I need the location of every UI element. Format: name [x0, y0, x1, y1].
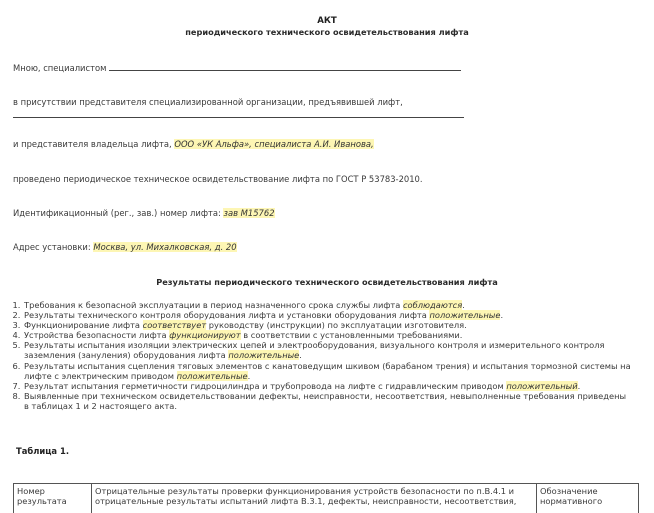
owner-rep-line: и представителя владельца лифта, ООО «УК… [13, 139, 374, 150]
presence-label: в присутствии представителя специализиро… [13, 97, 403, 107]
specialist-line: Мною, специалистом [13, 62, 461, 74]
result-item: Устройства безопасности лифта функционир… [23, 330, 633, 340]
id-number-label: Идентификационный (рег., зав.) номер лиф… [13, 208, 221, 218]
result-item: Выявленные при техническом освидетельств… [23, 391, 633, 411]
results-heading: Результаты периодического технического о… [0, 277, 654, 287]
result-value: соответствует [143, 320, 207, 330]
act-document: АКТ периодического технического освидете… [0, 0, 654, 513]
performed-text: проведено периодическое техническое осви… [13, 174, 423, 184]
document-title: АКТ [0, 16, 654, 27]
header-normative-designation: Обозначение нормативного [537, 484, 639, 513]
presence-line: в присутствии представителя специализиро… [13, 97, 403, 108]
performed-text-line: проведено периодическое техническое осви… [13, 174, 423, 185]
result-value: положительные [177, 371, 248, 381]
result-value: положительный [506, 381, 577, 391]
result-item: Результат испытания герметичности гидроц… [23, 381, 633, 391]
header-result-number: Номер результата [14, 484, 92, 513]
owner-rep-value: ООО «УК Альфа», специалиста А.И. Иванова… [174, 139, 373, 149]
table-1-label: Таблица 1. [16, 446, 69, 456]
id-number-value: зав М15762 [223, 208, 274, 218]
owner-rep-label: и представителя владельца лифта, [13, 139, 172, 149]
address-value: Москва, ул. Михалковская, д. 20 [93, 242, 236, 252]
specialist-label: Мною, специалистом [13, 63, 106, 73]
result-value: функционируют [169, 330, 240, 340]
id-number-line: Идентификационный (рег., зав.) номер лиф… [13, 208, 275, 219]
result-item: Результаты технического контроля оборудо… [23, 310, 633, 320]
result-item: Функционирование лифта соответствует рук… [23, 320, 633, 330]
result-value: соблюдаются [403, 300, 462, 310]
specialist-blank-field[interactable] [109, 62, 461, 71]
header-negative-results: Отрицательные результаты проверки функци… [92, 484, 537, 513]
result-value: положительные [228, 350, 299, 360]
result-item: Требования к безопасной эксплуатации в п… [23, 300, 633, 310]
result-item: Результаты испытания сцепления тяговых э… [23, 361, 633, 381]
document-subtitle: периодического технического освидетельст… [0, 27, 654, 38]
result-item: Результаты испытания изоляции электричес… [23, 340, 633, 360]
result-value: положительные [429, 310, 500, 320]
table-1: Номер результата Отрицательные результат… [13, 483, 639, 513]
presence-blank-field[interactable] [13, 117, 464, 118]
address-line: Адрес установки: Москва, ул. Михалковска… [13, 242, 237, 253]
table-header-row: Номер результата Отрицательные результат… [14, 484, 639, 513]
results-list: Требования к безопасной эксплуатации в п… [0, 300, 633, 411]
address-label: Адрес установки: [13, 242, 91, 252]
